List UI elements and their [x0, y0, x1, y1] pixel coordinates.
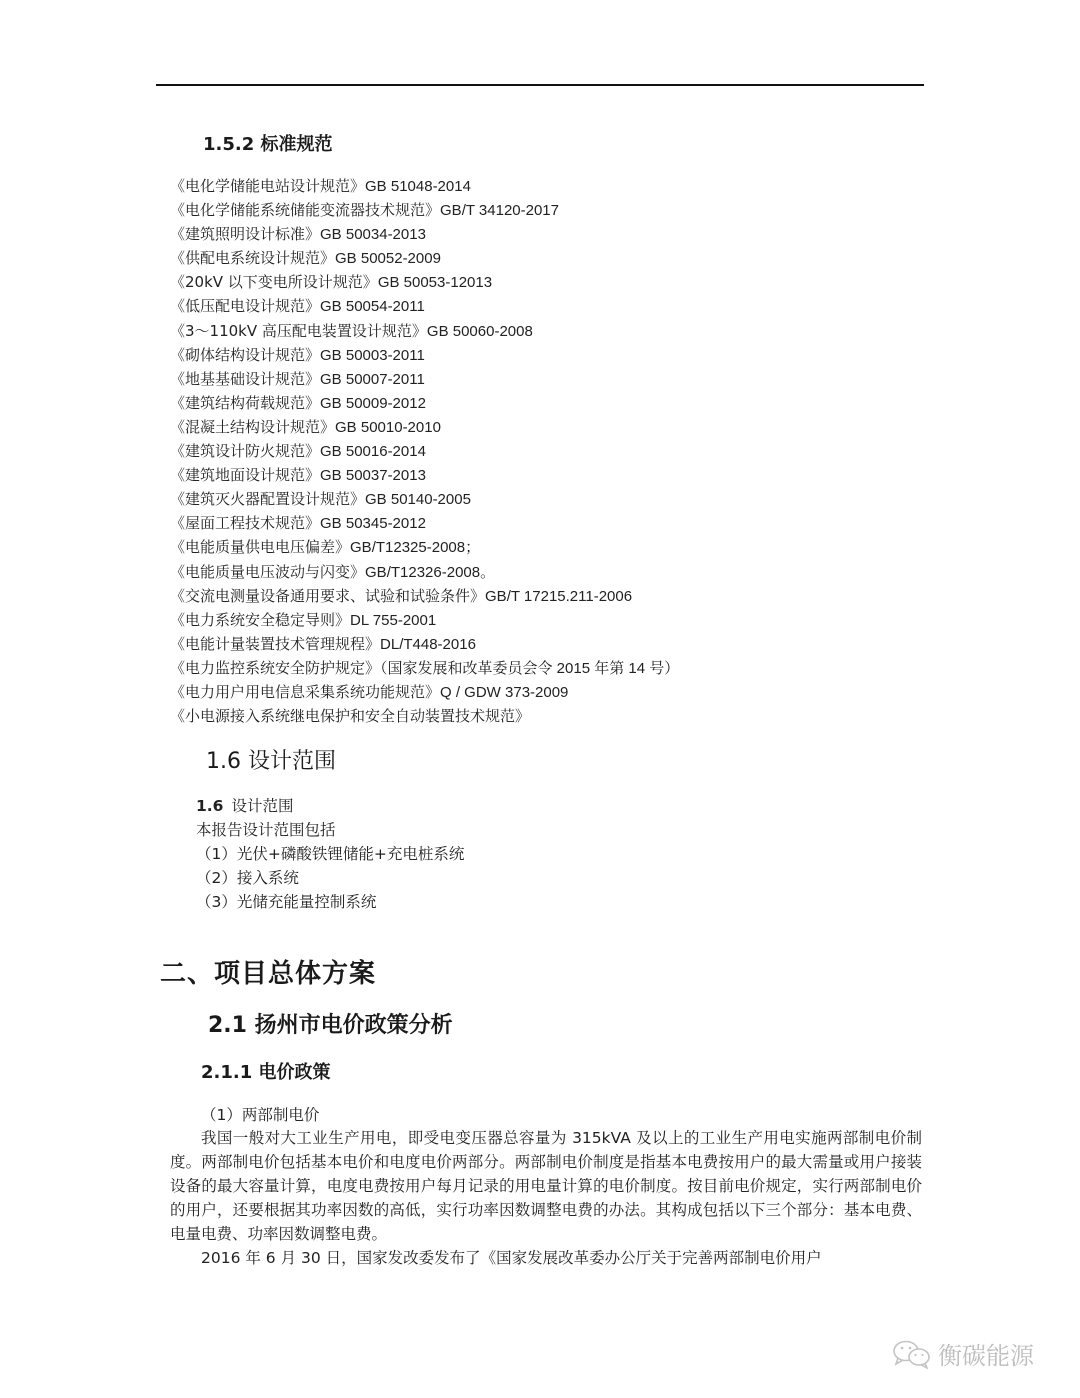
standard-title: 《建筑灭火器配置设计规范》: [170, 490, 365, 508]
standard-title: 《混凝土结构设计规范》: [170, 418, 335, 436]
standard-code: GB 50007-2011: [320, 371, 425, 388]
standard-code: GB 50053-12013: [378, 274, 492, 291]
standard-title: 《电能质量电压波动与闪变》: [170, 563, 365, 581]
standard-code: GB 50060-2008: [427, 323, 533, 340]
chapter-heading-2: 二、项目总体方案: [160, 953, 376, 990]
standard-item: 《地基基础设计规范》GB 50007-2011: [170, 367, 679, 391]
wechat-icon: [892, 1339, 932, 1369]
standard-item: 《建筑灭火器配置设计规范》GB 50140-2005: [170, 487, 679, 511]
standard-code: GB 50140-2005: [365, 491, 471, 508]
standard-code: Q / GDW 373-2009: [440, 684, 568, 701]
standard-item: 《建筑照明设计标准》GB 50034-2013: [170, 222, 679, 246]
section-heading-2-1: 2.1 扬州市电价政策分析: [208, 1008, 453, 1039]
standard-item: 《电能计量装置技术管理规程》DL/T448-2016: [170, 632, 679, 656]
standard-code: GB 50016-2014: [320, 443, 426, 460]
standard-code: GB 50003-2011: [320, 347, 425, 364]
standard-title: 《建筑结构荷载规范》: [170, 394, 320, 412]
standard-item: 《建筑地面设计规范》GB 50037-2013: [170, 463, 679, 487]
standard-item: 《电能质量供电电压偏差》GB/T12325-2008；: [170, 535, 679, 559]
design-scope-number: 1.6: [196, 797, 223, 815]
standard-item: 《建筑设计防火规范》GB 50016-2014: [170, 439, 679, 463]
standard-item: 《20kV 以下变电所设计规范》GB 50053-12013: [170, 270, 679, 294]
standard-title: 《3～110kV 高压配电装置设计规范》: [170, 322, 427, 340]
standard-title: 《电力用户用电信息采集系统功能规范》: [170, 683, 440, 701]
standard-title: 《交流电测量设备通用要求、试验和试验条件》: [170, 587, 485, 605]
standard-title: 《屋面工程技术规范》: [170, 514, 320, 532]
standard-item: 《小电源接入系统继电保护和安全自动装置技术规范》: [170, 704, 679, 728]
design-scope-subheading: 1.6设计范围: [196, 794, 464, 818]
standard-title: 《供配电系统设计规范》: [170, 249, 335, 267]
design-scope-title: 设计范围: [231, 797, 293, 815]
design-scope-item: （2）接入系统: [196, 866, 464, 890]
standard-item: 《建筑结构荷载规范》GB 50009-2012: [170, 391, 679, 415]
standard-code: GB 50037-2013: [320, 467, 426, 484]
standard-code: GB/T12326-2008。: [365, 564, 495, 581]
standard-item: 《电力系统安全稳定导则》DL 755-2001: [170, 608, 679, 632]
standard-item: 《电力用户用电信息采集系统功能规范》Q / GDW 373-2009: [170, 680, 679, 704]
standard-title: 《小电源接入系统继电保护和安全自动装置技术规范》: [170, 707, 530, 725]
standard-item: 《混凝土结构设计规范》GB 50010-2010: [170, 415, 679, 439]
standard-item: 《电能质量电压波动与闪变》GB/T12326-2008。: [170, 560, 679, 584]
standard-title: 《建筑地面设计规范》: [170, 466, 320, 484]
standard-item: 《交流电测量设备通用要求、试验和试验条件》GB/T 17215.211-2006: [170, 584, 679, 608]
section-heading-2-1-1: 2.1.1 电价政策: [201, 1058, 331, 1084]
standard-title: 《低压配电设计规范》: [170, 297, 320, 315]
standard-code: GB 50034-2013: [320, 226, 426, 243]
standard-code: GB 50345-2012: [320, 515, 426, 532]
standard-code: GB/T12325-2008；: [350, 539, 480, 556]
standard-title: 《电力系统安全稳定导则》: [170, 611, 350, 629]
standard-title: 《地基基础设计规范》: [170, 370, 320, 388]
standard-item: 《屋面工程技术规范》GB 50345-2012: [170, 511, 679, 535]
standard-title: 《电化学储能电站设计规范》: [170, 177, 365, 195]
standard-item: 《3～110kV 高压配电装置设计规范》GB 50060-2008: [170, 319, 679, 343]
design-scope-item: （1）光伏+磷酸铁锂储能+充电桩系统: [196, 842, 464, 866]
standard-title: 《砌体结构设计规范》: [170, 346, 320, 364]
standard-title: 《建筑照明设计标准》: [170, 225, 320, 243]
standard-code: DL 755-2001: [350, 612, 436, 629]
standard-item: 《砌体结构设计规范》GB 50003-2011: [170, 343, 679, 367]
standard-item: 《供配电系统设计规范》GB 50052-2009: [170, 246, 679, 270]
standard-title: 《20kV 以下变电所设计规范》: [170, 273, 378, 291]
standard-code: DL/T448-2016: [380, 636, 476, 653]
standard-code: GB 50010-2010: [335, 419, 441, 436]
standard-title: 《电力监控系统安全防护规定》: [170, 659, 380, 677]
standard-code: （国家发展和改革委员会令 2015 年第 14 号）: [380, 660, 679, 677]
watermark-text: 衡碳能源: [938, 1336, 1034, 1371]
standard-title: 《建筑设计防火规范》: [170, 442, 320, 460]
section-heading-1-6: 1.6 设计范围: [206, 744, 336, 775]
standard-code: GB 50052-2009: [335, 250, 441, 267]
standard-code: GB 50009-2012: [320, 395, 426, 412]
paragraph-two-part-tariff: 我国一般对大工业生产用电，即受电变压器总容量为 315kVA 及以上的工业生产用…: [170, 1126, 922, 1246]
standard-item: 《低压配电设计规范》GB 50054-2011: [170, 294, 679, 318]
design-scope-item: （3）光储充能量控制系统: [196, 890, 464, 914]
standard-item: 《电力监控系统安全防护规定》（国家发展和改革委员会令 2015 年第 14 号）: [170, 656, 679, 680]
paragraph-ndrc-2016: 2016 年 6 月 30 日，国家发改委发布了《国家发展改革委办公厅关于完善两…: [170, 1246, 922, 1270]
standard-title: 《电能计量装置技术管理规程》: [170, 635, 380, 653]
standard-code: GB 50054-2011: [320, 298, 425, 315]
standard-code: GB/T 34120-2017: [440, 202, 559, 219]
header-rule: [156, 84, 924, 86]
two-part-tariff-label: （1）两部制电价: [201, 1103, 319, 1125]
watermark: 衡碳能源: [892, 1336, 1034, 1371]
standard-title: 《电能质量供电电压偏差》: [170, 538, 350, 556]
standard-item: 《电化学储能电站设计规范》GB 51048-2014: [170, 174, 679, 198]
standard-item: 《电化学储能系统储能变流器技术规范》GB/T 34120-2017: [170, 198, 679, 222]
standard-code: GB 51048-2014: [365, 178, 471, 195]
design-scope-intro: 本报告设计范围包括: [196, 818, 464, 842]
standard-title: 《电化学储能系统储能变流器技术规范》: [170, 201, 440, 219]
standard-code: GB/T 17215.211-2006: [485, 588, 632, 605]
design-scope-block: 1.6设计范围 本报告设计范围包括 （1）光伏+磷酸铁锂储能+充电桩系统 （2）…: [196, 794, 464, 914]
standards-list: 《电化学储能电站设计规范》GB 51048-2014《电化学储能系统储能变流器技…: [170, 174, 679, 728]
section-heading-1-5-2: 1.5.2 标准规范: [203, 130, 333, 156]
